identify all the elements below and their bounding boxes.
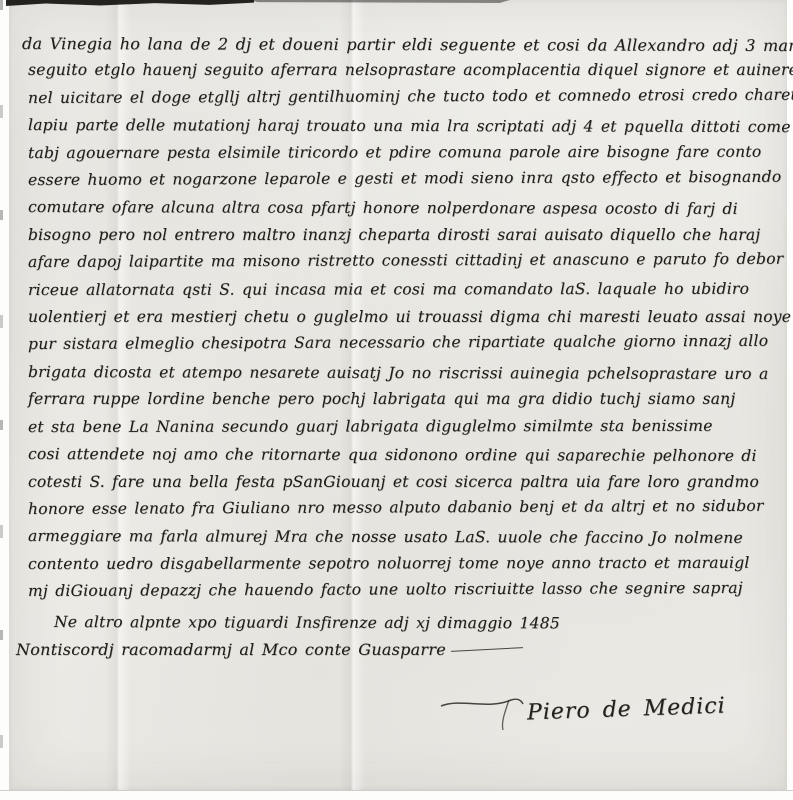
manuscript-line: afare dapoj laipartite ma misono ristret…	[28, 246, 777, 277]
manuscript-line: lapiu parte delle mutationj haraj trouat…	[28, 112, 777, 141]
manuscript-line: cotesti S. fare una bella festa pSanGiou…	[28, 469, 777, 496]
manuscript-line: seguito etglo hauenj seguito aferrara ne…	[28, 57, 777, 84]
manuscript-line: mj diGiouanj depazzj che hauendo facto u…	[28, 575, 777, 606]
manuscript-line: tabj agouernare pesta elsimile tiricordo…	[28, 138, 777, 167]
manuscript-line: bisogno pero nol entrero maltro inanzj c…	[28, 222, 777, 249]
manuscript-line: et sta bene La Nanina secundo guarj labr…	[28, 412, 777, 441]
manuscript-line: da Vinegia ho lana de 2 dj et doueni par…	[22, 30, 777, 59]
signature-block: Piero de Medici	[439, 686, 726, 732]
manuscript-line: brigata dicosta et atempo nesarete auisa…	[28, 359, 777, 388]
manuscript-line: riceue allatornata qsti S. qui incasa mi…	[28, 275, 777, 304]
letter-body: da Vinegia ho lana de 2 dj et doueni par…	[28, 30, 777, 663]
manuscript-line: essere huomo et nogarzone leparole e ges…	[28, 164, 777, 195]
postscript-line: Nontiscordj racomadarmj al Mco conte Gua…	[16, 636, 777, 663]
signature: Piero de Medici	[527, 693, 726, 725]
manuscript-line: armeggiare ma farla almurej Mra che noss…	[28, 523, 777, 552]
manuscript-line: honore esse lenato fra Giuliano nro mess…	[28, 493, 777, 524]
manuscript-line: contento uedro disgabellarmente sepotro …	[28, 549, 777, 578]
manuscript-line: nel uicitare el doge etgllj altrj gentil…	[28, 82, 777, 113]
manuscript-line: comutare ofare alcuna altra cosa pfartj …	[28, 194, 777, 223]
signature-flourish-icon	[439, 686, 525, 732]
photo-edge-artifact	[0, 0, 3, 800]
letter-paper: da Vinegia ho lana de 2 dj et doueni par…	[9, 0, 787, 790]
closing-date-line: Ne altro alpnte xpo tiguardi Insfirenze …	[54, 609, 777, 638]
manuscript-photo: da Vinegia ho lana de 2 dj et doueni par…	[0, 0, 793, 800]
photo-edge-artifact	[0, 790, 793, 791]
manuscript-line: pur sistara elmeglio chesipotra Sara nec…	[28, 328, 777, 359]
manuscript-line: cosi attendete noj amo che ritornarte qu…	[28, 441, 777, 470]
manuscript-line: ferrara ruppe lordine benche pero pochj …	[28, 386, 777, 413]
